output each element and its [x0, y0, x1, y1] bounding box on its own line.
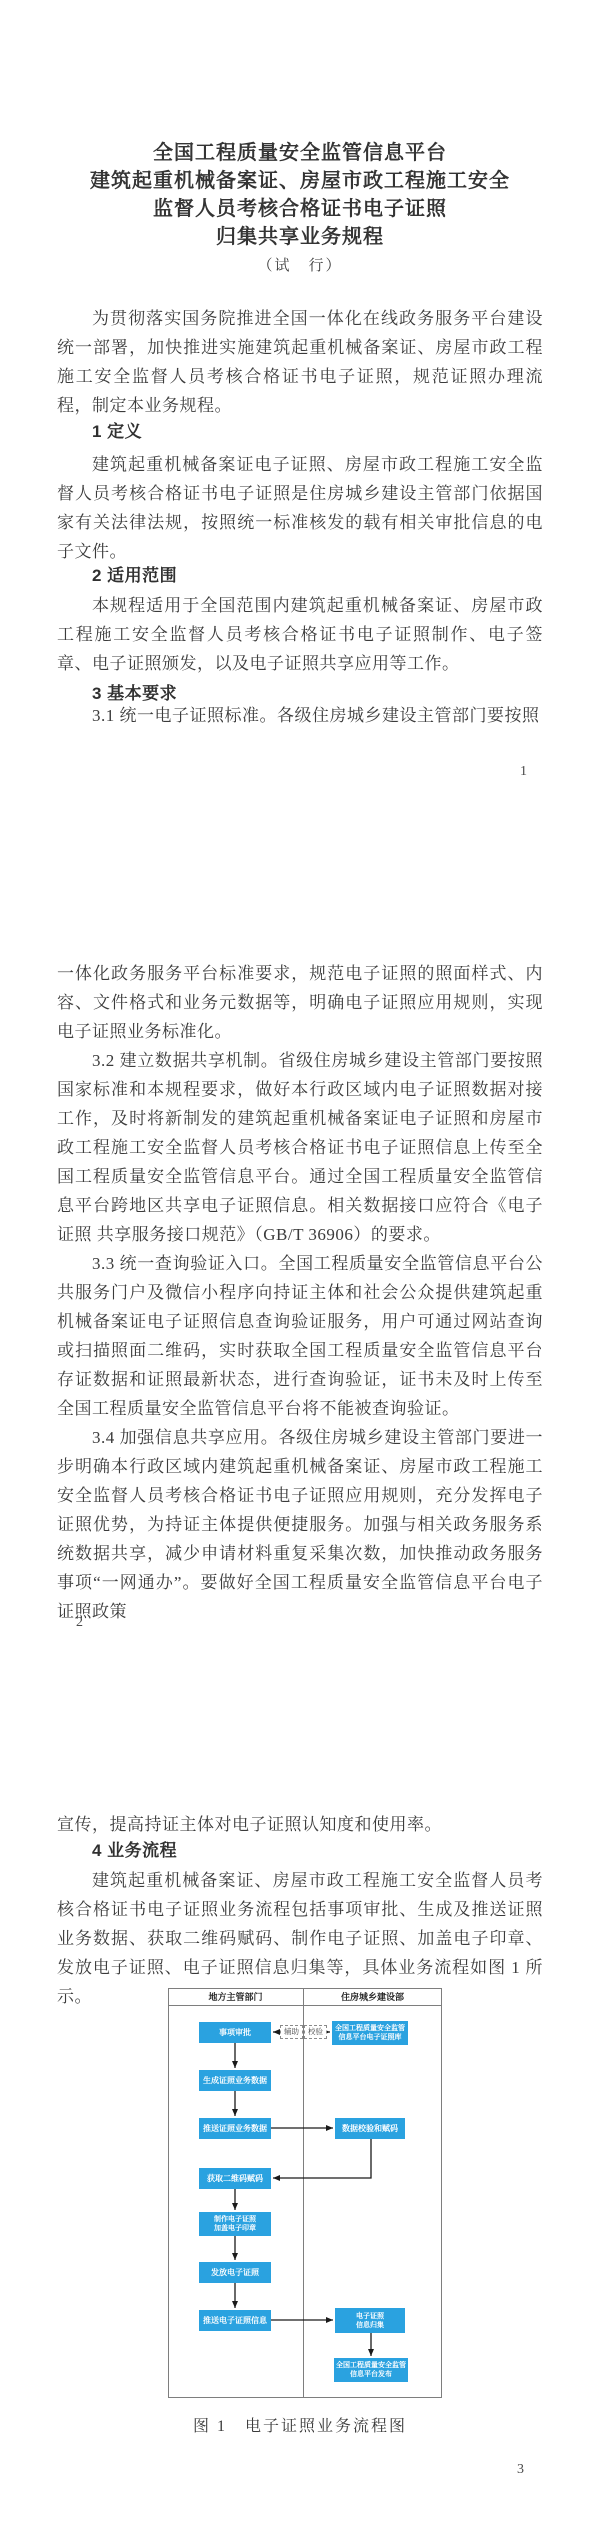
- title-line-2: 建筑起重机械备案证、房屋市政工程施工安全: [0, 167, 600, 195]
- flow-step-issue-license: 发放电子证照: [199, 2262, 271, 2283]
- paragraph-3-2: 3.2 建立数据共享机制。省级住房城乡建设主管部门要按照国家标准和本规程要求，做…: [57, 1046, 543, 1249]
- flow-step-get-qrcode: 获取二维码赋码: [199, 2168, 271, 2189]
- document-title: 全国工程质量安全监管信息平台 建筑起重机械备案证、房屋市政工程施工安全 监督人员…: [0, 139, 600, 251]
- aux-label-assist: 辅助: [280, 2025, 303, 2039]
- flowchart-figure: 地方主管部门 住房城乡建设部 辅助 校验 事项审批 生成证照业务数据 推送证照业…: [168, 1988, 442, 2398]
- flow-step-platform-publish: 全国工程质量安全监管 信息平台发布: [334, 2358, 408, 2382]
- heading-scope: 2 适用范围: [92, 561, 177, 590]
- paragraph-scope: 本规程适用于全国范围内建筑起重机械备案证、房屋市政工程施工安全监督人员考核合格证…: [57, 591, 543, 678]
- flow-step-generate-data: 生成证照业务数据: [199, 2070, 271, 2091]
- flow-step-license-database: 全国工程质量安全监管 信息平台电子证照库: [332, 2021, 408, 2045]
- flow-step-approval: 事项审批: [199, 2022, 271, 2043]
- title-line-4: 归集共享业务规程: [0, 223, 600, 251]
- paragraph-3-4: 3.4 加强信息共享应用。各级住房城乡建设主管部门要进一步明确本行政区域内建筑起…: [57, 1423, 543, 1626]
- title-line-3: 监督人员考核合格证书电子证照: [0, 195, 600, 223]
- flow-step-push-license-info: 推送电子证照信息: [199, 2310, 271, 2331]
- flow-step-data-check-coding: 数据校验和赋码: [335, 2118, 405, 2139]
- paragraph-intro: 为贯彻落实国务院推进全国一体化在线政务服务平台建设统一部署，加快推进实施建筑起重…: [57, 304, 543, 420]
- document-subtitle: （试 行）: [0, 252, 600, 280]
- page-number-3: 3: [517, 2462, 524, 2478]
- flowchart-column-local-authority: 地方主管部门: [168, 1988, 303, 2005]
- figure-caption: 图 1 电子证照业务流程图: [0, 2413, 600, 2441]
- paragraph-3-1-continued: 一体化政务服务平台标准要求，规范电子证照的照面样式、内容、文件格式和业务元数据等…: [57, 959, 543, 1046]
- title-line-1: 全国工程质量安全监管信息平台: [0, 139, 600, 167]
- page-number-2: 2: [76, 1615, 83, 1631]
- page-number-1: 1: [520, 764, 527, 780]
- flowchart-arrows-svg: [168, 1988, 442, 2398]
- flowchart-aux-check-labels: 辅助 校验: [280, 2025, 328, 2039]
- paragraph-3-4-continued: 宣传，提高持证主体对电子证照认知度和使用率。: [57, 1810, 543, 1839]
- paragraph-3-3: 3.3 统一查询验证入口。全国工程质量安全监管信息平台公共服务门户及微信小程序向…: [57, 1249, 543, 1423]
- paragraph-3-1-start: 3.1 统一电子证照标准。各级住房城乡建设主管部门要按照: [57, 701, 543, 730]
- heading-definition: 1 定义: [92, 417, 142, 446]
- heading-process: 4 业务流程: [92, 1836, 177, 1865]
- flow-step-info-collection: 电子证照 信息归集: [335, 2308, 405, 2333]
- aux-label-verify: 校验: [304, 2025, 327, 2039]
- paragraph-definition: 建筑起重机械备案证电子证照、房屋市政工程施工安全监督人员考核合格证书电子证照是住…: [57, 450, 543, 566]
- flowchart-column-mohurd: 住房城乡建设部: [303, 1988, 442, 2005]
- flow-step-push-data: 推送证照业务数据: [199, 2118, 271, 2139]
- document-canvas: 全国工程质量安全监管信息平台 建筑起重机械备案证、房屋市政工程施工安全 监督人员…: [0, 0, 600, 2546]
- flow-step-make-license: 制作电子证照 加盖电子印章: [199, 2212, 271, 2236]
